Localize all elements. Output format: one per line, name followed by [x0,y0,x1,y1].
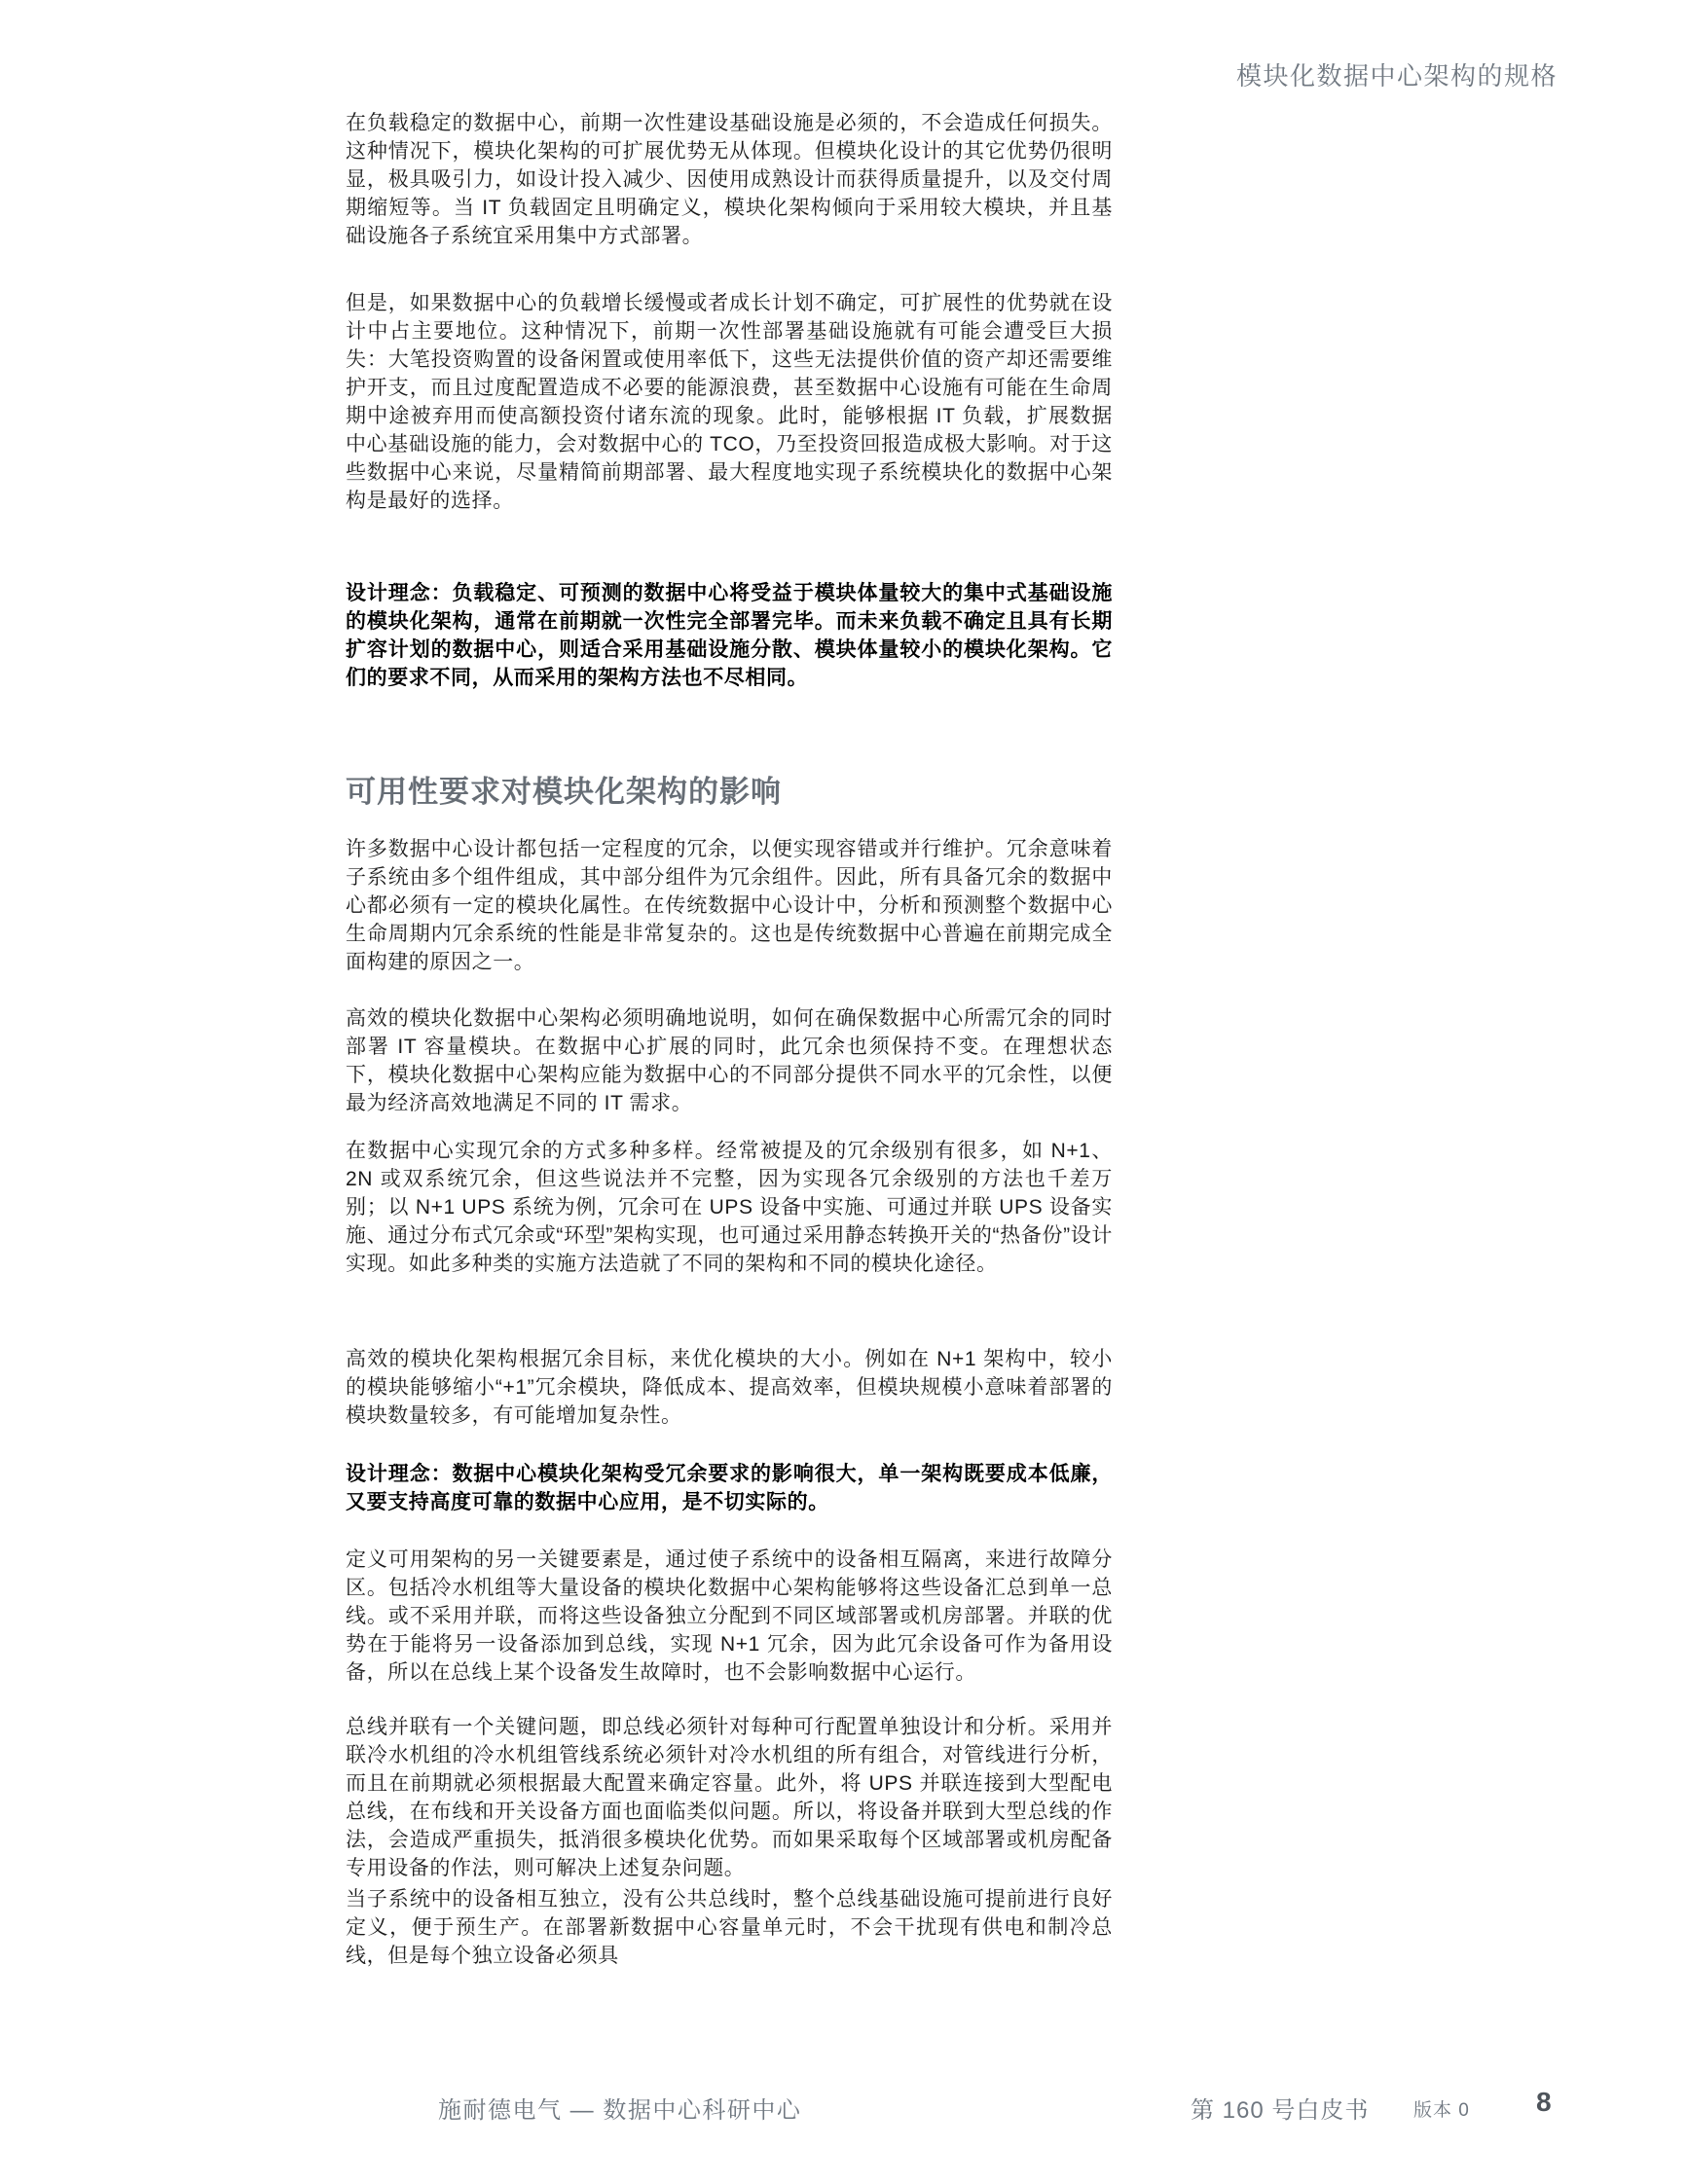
footer-whitepaper-number: 第 160 号白皮书 [1191,2091,1369,2125]
section-heading-availability: 可用性要求对模块化架构的影响 [346,767,1113,811]
document-page: 模块化数据中心架构的规格 在负载稳定的数据中心，前期一次性建设基础设施是必须的，… [0,0,1688,2184]
paragraph-uncertain-growth: 但是，如果数据中心的负载增长缓慢或者成长计划不确定，可扩展性的优势就在设计中占主… [346,289,1113,515]
footer-page-number: 8 [1536,2087,1552,2118]
design-principle-1: 设计理念：负载稳定、可预测的数据中心将受益于模块体量较大的集中式基础设施的模块化… [346,579,1113,692]
paragraph-fault-isolation: 定义可用架构的另一关键要素是，通过使子系统中的设备相互隔离，来进行故障分区。包括… [346,1546,1113,1687]
footer-revision: 版本 0 [1413,2095,1470,2122]
paragraph-redundancy-methods: 在数据中心实现冗余的方式多种多样。经常被提及的冗余级别有很多，如 N+1、2N … [346,1137,1113,1278]
paragraph-bus-paralleling: 总线并联有一个关键问题，即总线必须针对每种可行配置单独设计和分析。采用并联冷水机… [346,1713,1113,1882]
paragraph-redundancy-intro: 许多数据中心设计都包括一定程度的冗余，以便实现容错或并行维护。冗余意味着子系统由… [346,835,1113,976]
footer-organization: 施耐德电气 — 数据中心科研中心 [438,2091,801,2125]
paragraph-module-sizing: 高效的模块化架构根据冗余目标，来优化模块的大小。例如在 N+1 架构中，较小的模… [346,1345,1113,1430]
paragraph-stable-load: 在负载稳定的数据中心，前期一次性建设基础设施是必须的，不会造成任何损失。这种情况… [346,109,1113,250]
paragraph-independent-devices: 当子系统中的设备相互独立，没有公共总线时，整个总线基础设施可提前进行良好定义，便… [346,1885,1113,1970]
design-principle-2: 设计理念：数据中心模块化架构受冗余要求的影响很大，单一架构既要成本低廉，又要支持… [346,1460,1113,1516]
paragraph-modular-redundancy: 高效的模块化数据中心架构必须明确地说明，如何在确保数据中心所需冗余的同时部署 I… [346,1004,1113,1117]
running-header-title: 模块化数据中心架构的规格 [1236,56,1558,92]
